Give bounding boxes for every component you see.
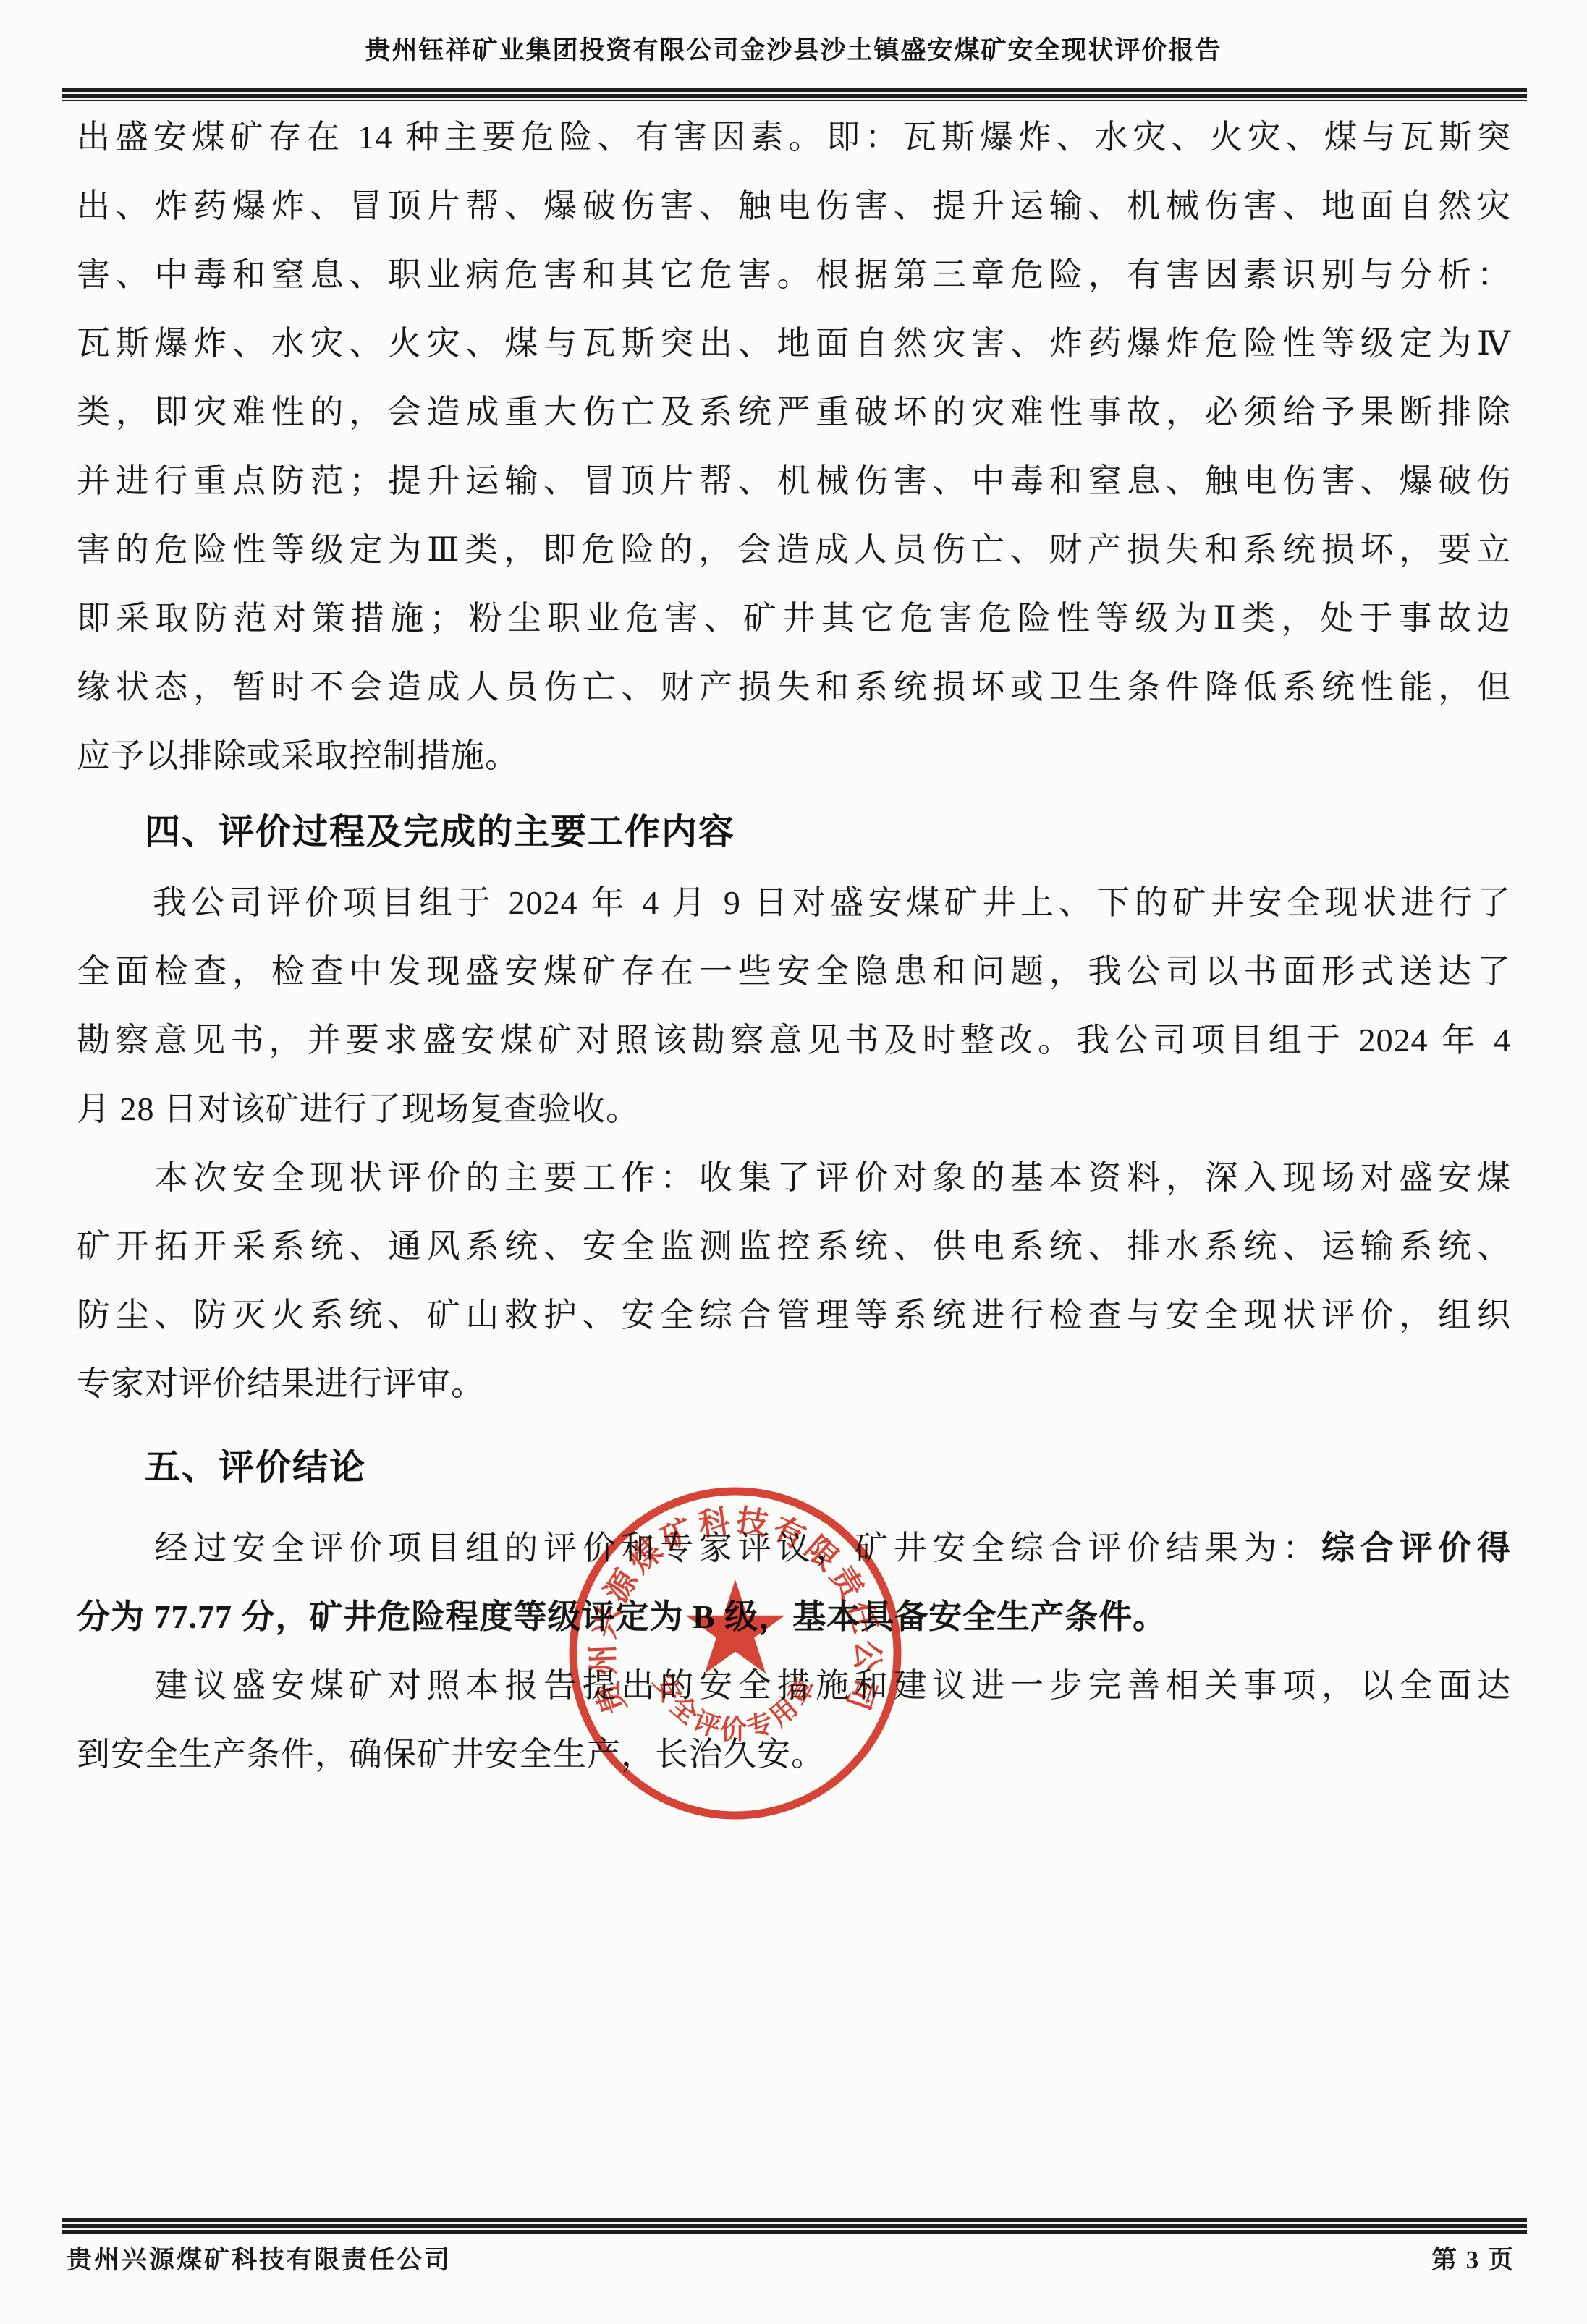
text-line: 全面检查，检查中发现盛安煤矿存在一些安全隐患和问题，我公司以书面形式送达了 [77, 937, 1511, 1006]
footer-rule [62, 2218, 1527, 2234]
text-run: 并进行重点防范；提升运输、冒顶片帮、机械伤害、中毒和窒息、触电伤害、爆破伤 [77, 462, 1511, 499]
text-run: 出、炸药爆炸、冒顶片帮、爆破伤害、触电伤害、提升运输、机械伤害、地面自然灾 [77, 187, 1511, 224]
text-line: 矿开拓开采系统、通风系统、安全监测监控系统、供电系统、排水系统、运输系统、 [77, 1212, 1511, 1281]
header-title: 贵州钰祥矿业集团投资有限公司金沙县沙土镇盛安煤矿安全现状评价报告 [0, 30, 1587, 67]
text-run: 经过安全评价项目组的评价和专家评议，矿井安全综合评价结果为： [77, 1530, 1321, 1566]
footer-page-number: 第 3 页 [1431, 2240, 1515, 2276]
text-run: 全面检查，检查中发现盛安煤矿存在一些安全隐患和问题，我公司以书面形式送达了 [77, 953, 1511, 990]
text-line: 分为 77.77 分，矿井危险程度等级评定为 B 级，基本具备安全生产条件。 [77, 1582, 1511, 1651]
text-line: 建议盛安煤矿对照本报告提出的安全措施和建议进一步完善相关事项，以全面达 [77, 1651, 1511, 1720]
text-line: 害的危险性等级定为Ⅲ类，即危险的，会造成人员伤亡、财产损失和系统损坏，要立 [77, 515, 1511, 584]
section-heading: 四、评价过程及完成的主要工作内容 [77, 796, 1511, 868]
text-line: 瓦斯爆炸、水灾、火灾、煤与瓦斯突出、地面自然灾害、炸药爆炸危险性等级定为Ⅳ [77, 309, 1511, 378]
text-line: 类，即灾难性的，会造成重大伤亡及系统严重破坏的灾难性事故，必须给予果断排除 [77, 378, 1511, 446]
text-run: 即采取防范对策措施；粉尘职业危害、矿井其它危害危险性等级为Ⅱ类，处于事故边 [77, 600, 1511, 637]
text-run: 害、中毒和窒息、职业病危害和其它危害。根据第三章危险，有害因素识别与分析： [77, 256, 1511, 293]
content: 出盛安煤矿存在 14 种主要危险、有害因素。即：瓦斯爆炸、水灾、火灾、煤与瓦斯突… [77, 103, 1511, 1789]
document-page: 贵州钰祥矿业集团投资有限公司金沙县沙土镇盛安煤矿安全现状评价报告 出盛安煤矿存在… [0, 0, 1587, 2324]
text-line: 害、中毒和窒息、职业病危害和其它危害。根据第三章危险，有害因素识别与分析： [77, 240, 1511, 309]
header-rule [62, 88, 1527, 101]
text-run: 勘察意见书，并要求盛安煤矿对照该勘察意见书及时整改。我公司项目组于 2024 年… [77, 1022, 1511, 1059]
text-line: 防尘、防灭火系统、矿山救护、安全综合管理等系统进行检查与安全现状评价，组织 [77, 1281, 1511, 1349]
text-line: 出盛安煤矿存在 14 种主要危险、有害因素。即：瓦斯爆炸、水灾、火灾、煤与瓦斯突 [77, 103, 1511, 171]
text-run: 专家对评价结果进行评审。 [77, 1365, 485, 1402]
text-line: 应予以排除或采取控制措施。 [77, 721, 1511, 790]
text-run: 我公司评价项目组于 2024 年 4 月 9 日对盛安煤矿井上、下的矿井安全现状… [77, 884, 1511, 921]
text-line: 我公司评价项目组于 2024 年 4 月 9 日对盛安煤矿井上、下的矿井安全现状… [77, 868, 1511, 937]
text-line: 缘状态，暂时不会造成人员伤亡、财产损失和系统损坏或卫生条件降低系统性能，但 [77, 653, 1511, 721]
text-line: 月 28 日对该矿进行了现场复查验收。 [77, 1074, 1511, 1143]
bold-text-run: 综合评价得 [1321, 1530, 1511, 1566]
text-run: 防尘、防灭火系统、矿山救护、安全综合管理等系统进行检查与安全现状评价，组织 [77, 1297, 1511, 1333]
footer-company: 贵州兴源煤矿科技有限责任公司 [67, 2240, 452, 2276]
text-line: 到安全生产条件，确保矿井安全生产，长治久安。 [77, 1720, 1511, 1789]
text-line: 经过安全评价项目组的评价和专家评议，矿井安全综合评价结果为：综合评价得 [77, 1514, 1511, 1582]
text-line: 出、炸药爆炸、冒顶片帮、爆破伤害、触电伤害、提升运输、机械伤害、地面自然灾 [77, 171, 1511, 240]
section-heading: 五、评价结论 [77, 1431, 1511, 1504]
text-run: 应予以排除或采取控制措施。 [77, 737, 519, 774]
text-line: 本次安全现状评价的主要工作：收集了评价对象的基本资料，深入现场对盛安煤 [77, 1143, 1511, 1212]
text-line: 并进行重点防范；提升运输、冒顶片帮、机械伤害、中毒和窒息、触电伤害、爆破伤 [77, 446, 1511, 515]
text-line: 专家对评价结果进行评审。 [77, 1349, 1511, 1418]
text-run: 本次安全现状评价的主要工作：收集了评价对象的基本资料，深入现场对盛安煤 [77, 1159, 1511, 1196]
text-run: 到安全生产条件，确保矿井安全生产，长治久安。 [77, 1736, 825, 1773]
text-run: 出盛安煤矿存在 14 种主要危险、有害因素。即：瓦斯爆炸、水灾、火灾、煤与瓦斯突 [77, 119, 1511, 156]
text-run: 类，即灾难性的，会造成重大伤亡及系统严重破坏的灾难性事故，必须给予果断排除 [77, 394, 1511, 431]
text-run: 害的危险性等级定为Ⅲ类，即危险的，会造成人员伤亡、财产损失和系统损坏，要立 [77, 531, 1511, 568]
text-line: 即采取防范对策措施；粉尘职业危害、矿井其它危害危险性等级为Ⅱ类，处于事故边 [77, 584, 1511, 653]
text-run: 矿开拓开采系统、通风系统、安全监测监控系统、供电系统、排水系统、运输系统、 [77, 1228, 1511, 1265]
text-run: 缘状态，暂时不会造成人员伤亡、财产损失和系统损坏或卫生条件降低系统性能，但 [77, 669, 1511, 705]
bold-text-run: 分为 77.77 分，矿井危险程度等级评定为 B 级，基本具备安全生产条件。 [77, 1598, 1167, 1635]
text-line: 勘察意见书，并要求盛安煤矿对照该勘察意见书及时整改。我公司项目组于 2024 年… [77, 1006, 1511, 1074]
text-run: 月 28 日对该矿进行了现场复查验收。 [77, 1090, 640, 1127]
text-run: 瓦斯爆炸、水灾、火灾、煤与瓦斯突出、地面自然灾害、炸药爆炸危险性等级定为Ⅳ [77, 325, 1511, 362]
text-run: 建议盛安煤矿对照本报告提出的安全措施和建议进一步完善相关事项，以全面达 [77, 1667, 1511, 1704]
